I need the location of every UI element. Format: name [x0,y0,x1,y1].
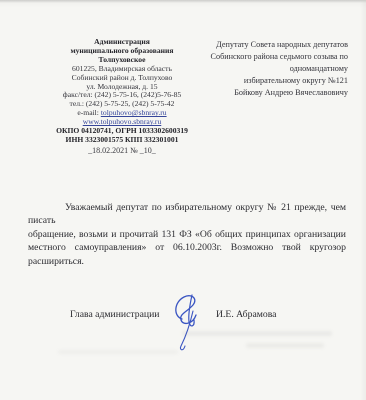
email-link: tolpuhovo@sbnray.ru [101,108,167,117]
body-line: местного самоуправления» от 06.10.2003г.… [28,241,346,254]
body-line: обращение, возьми и прочитай 131 ФЗ «Об … [28,228,346,241]
body-line: расшириться. [28,255,346,268]
website-link: www.tolpuhovo.sbnray.ru [83,117,162,126]
body-line: Уважаемый депутат по избирательному окру… [28,201,346,228]
signer-name: И.Е. Абрамова [216,309,276,320]
date-number-line: _18.02.2021 № _10_ [26,147,218,156]
signature-stroke [176,296,196,324]
letter-body: Уважаемый депутат по избирательному окру… [28,201,346,268]
bleed-through-smudge [246,343,324,348]
recipient-line: одномандатному [198,63,348,75]
email-label: e-mail: [77,108,99,117]
recipient-block: Депутату Совета народных депутатов Собин… [198,39,348,99]
scanned-letter-page: Администрация муниципального образования… [0,0,366,400]
bleed-through-smudge [58,350,178,354]
recipient-line: Депутату Совета народных депутатов [198,39,348,51]
recipient-line: Собинского района седьмого созыва по [198,51,348,63]
recipient-line: избирательному округу №121 [198,75,348,87]
inn-kpp-line: ИНН 3323001575 КПП 332301001 [26,136,218,145]
handwritten-signature [160,290,218,354]
scan-edge-artifact [0,0,366,3]
recipient-name-line: Бойкову Андрею Вячеславовичу [198,87,348,99]
signer-title: Глава администрации [70,309,159,320]
bleed-through-smudge [182,331,332,336]
letterhead-sender-block: Администрация муниципального образования… [26,38,218,156]
